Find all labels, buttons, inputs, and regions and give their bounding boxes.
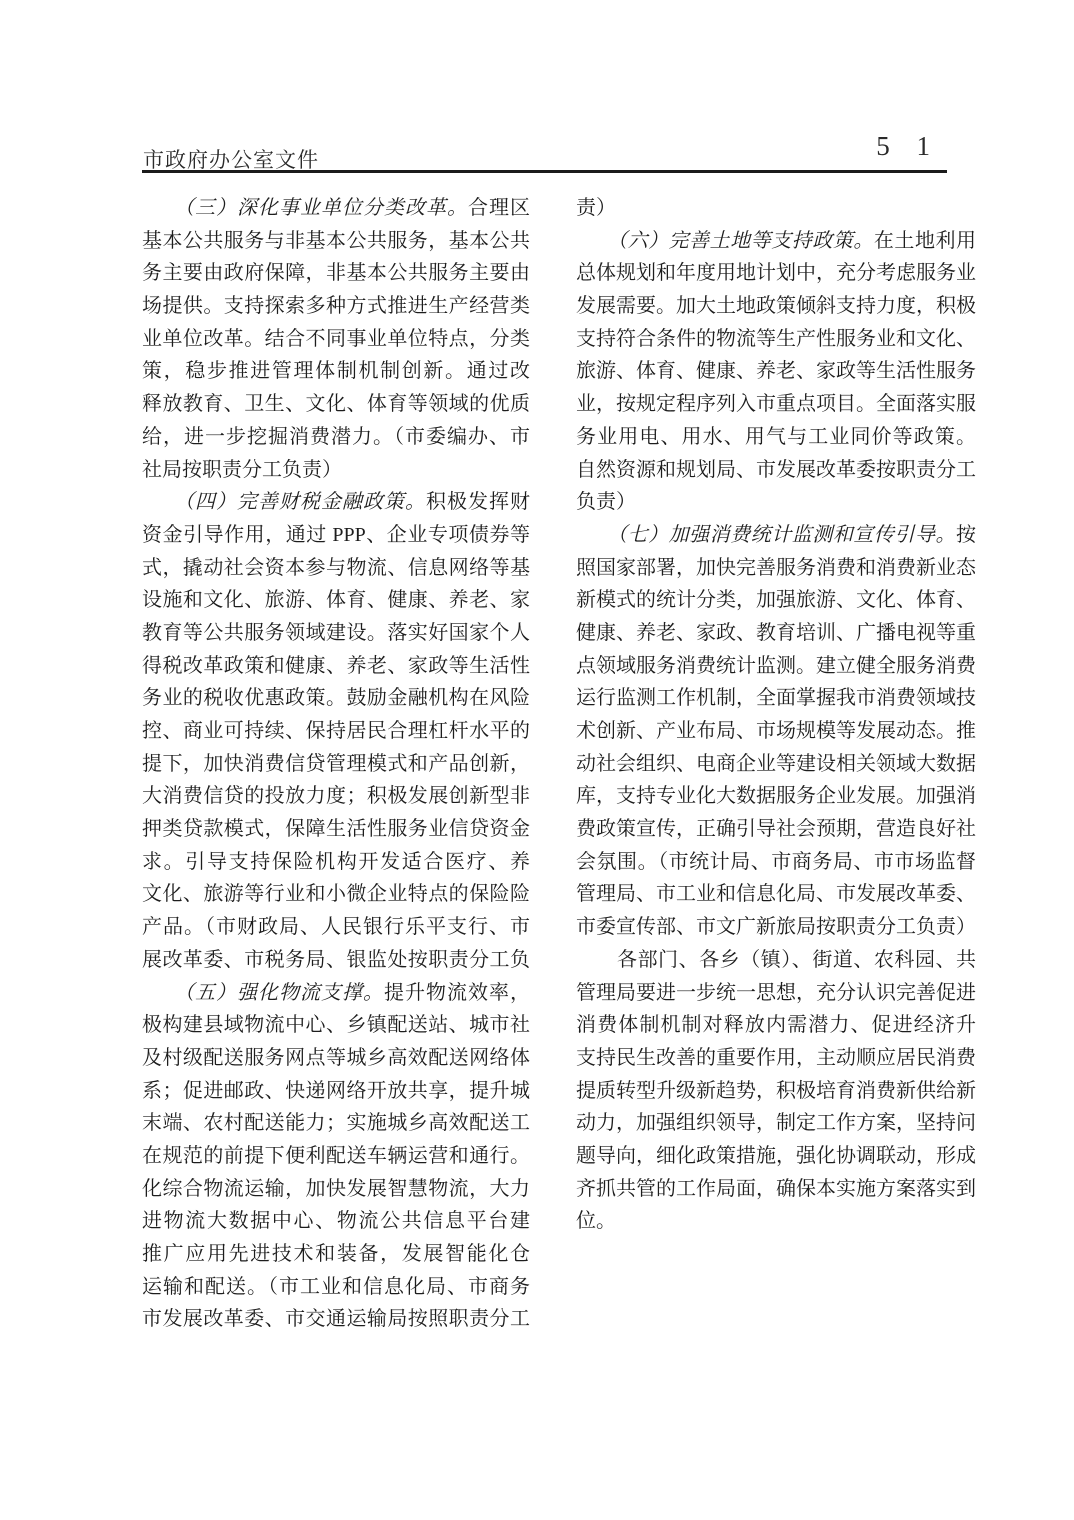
body-text-run: 推广应用先进技术和装备，发展智能化仓储、 (142, 1243, 530, 1271)
text-line: 动力，加强组织领导，制定工作方案，坚持问 (576, 1107, 976, 1140)
body-text-run: 支持民生改善的重要作用，主动顺应居民消费 (576, 1047, 976, 1069)
text-line: 市发展改革委、市交通运输局按照职责分工负 (142, 1303, 530, 1336)
body-text-run: 自然资源和规划局、市发展改革委按职责分工 (576, 459, 976, 481)
text-line: 系；促进邮政、快递网络开放共享，提升城市 (142, 1075, 530, 1108)
text-line: 费政策宣传，正确引导社会预期，营造良好社 (576, 813, 976, 846)
text-line: 自然资源和规划局、市发展改革委按职责分工 (576, 454, 976, 487)
document-page: 市政府办公室文件 5 1 （三）深化事业单位分类改革。合理区分基本公共服务与非基… (0, 0, 1074, 1520)
text-line: 及村级配送服务网点等城乡高效配送网络体 (142, 1042, 530, 1075)
text-line: 策，稳步推进管理体制机制创新。通过改革， (142, 355, 530, 388)
body-text-run: 大消费信贷的投放力度；积极发展创新型非抵 (142, 785, 530, 813)
text-line: 点领域服务消费统计监测。建立健全服务消费 (576, 650, 976, 683)
body-text-run: 给，进一步挖掘消费潜力。（市委编办、市人 (142, 426, 530, 454)
text-line: 基本公共服务与非基本公共服务，基本公共服 (142, 225, 530, 258)
body-text-run: 术创新、产业布局、市场规模等发展动态。推 (576, 720, 976, 742)
text-line: 控、商业可持续、保持居民合理杠杆水平的前 (142, 715, 530, 748)
text-line: 展改革委、市税务局、银监处按职责分工负责） (142, 944, 530, 977)
text-line: 产品。（市财政局、人民银行乐平支行、市发 (142, 911, 530, 944)
text-line: 业，按规定程序列入市重点项目。全面落实服 (576, 388, 976, 421)
body-text-run: 进物流大数据中心、物流公共信息平台建设， (142, 1210, 530, 1238)
text-line: 大消费信贷的投放力度；积极发展创新型非抵 (142, 780, 530, 813)
header-rule (142, 170, 947, 173)
body-text-run: 管理局、市工业和信息化局、市发展改革委、 (576, 883, 976, 905)
text-line: 各部门、各乡（镇）、街道、农科园、共库 (576, 944, 976, 977)
body-text-run: 市发展改革委、市交通运输局按照职责分工负 (142, 1308, 530, 1336)
body-text-run: 化综合物流运输，加快发展智慧物流，大力推 (142, 1178, 530, 1206)
body-text-run: 设施和文化、旅游、体育、健康、养老、家政、 (142, 589, 530, 617)
body-text-run: 新模式的统计分类，加强旅游、文化、体育、 (576, 589, 976, 611)
body-text-run: 控、商业可持续、保持居民合理杠杆水平的前 (142, 720, 530, 748)
section-heading-run: （五）强化物流支撑。 (142, 982, 384, 1004)
body-text-run: 市委宣传部、市文广新旅局按职责分工负责） (576, 916, 976, 938)
text-line: 健康、养老、家政、教育培训、广播电视等重 (576, 617, 976, 650)
body-text-run: 释放教育、卫生、文化、体育等领域的优质供 (142, 393, 530, 421)
text-line: 负责） (576, 486, 976, 519)
text-line: 支持民生改善的重要作用，主动顺应居民消费 (576, 1042, 976, 1075)
text-line: 文化、旅游等行业和小微企业特点的保险险种 (142, 878, 530, 911)
text-line: 资金引导作用，通过 PPP、企业专项债券等方 (142, 519, 530, 552)
body-text-run: 健康、养老、家政、教育培训、广播电视等重 (576, 622, 976, 644)
text-line: 社局按职责分工负责） (142, 454, 530, 487)
section-heading-run: （七）加强消费统计监测和宣传引导。 (576, 524, 956, 546)
text-line: 支持符合条件的物流等生产性服务业和文化、 (576, 323, 976, 356)
body-text-run: 会氛围。（市统计局、市商务局、市市场监督 (576, 851, 976, 873)
body-text-run: 务业的税收优惠政策。鼓励金融机构在风险可 (142, 687, 530, 715)
section-heading-run: （三）深化事业单位分类改革。 (142, 197, 468, 219)
body-text-run: 策，稳步推进管理体制机制创新。通过改革， (142, 360, 530, 388)
body-text-run: 社局按职责分工负责） (142, 459, 342, 481)
text-line: 业单位改革。结合不同事业单位特点，分类施 (142, 323, 530, 356)
body-text-run: 教育等公共服务领域建设。落实好国家个人所 (142, 622, 530, 650)
text-line: 运行监测工作机制，全面掌握我市消费领域技 (576, 682, 976, 715)
body-text-run: 各部门、各乡（镇）、街道、农科园、共库 (576, 949, 976, 977)
text-line: 市委宣传部、市文广新旅局按职责分工负责） (576, 911, 976, 944)
text-line: （三）深化事业单位分类改革。合理区分 (142, 192, 530, 225)
body-text-run: 业，按规定程序列入市重点项目。全面落实服 (576, 393, 976, 415)
text-line: 得税改革政策和健康、养老、家政等生活性服 (142, 650, 530, 683)
body-text-run: 资金引导作用，通过 PPP、企业专项债券等方 (142, 524, 530, 552)
text-line: 责） (576, 192, 976, 225)
body-text-run: 总体规划和年度用地计划中，充分考虑服务业 (576, 262, 976, 284)
text-line: 务主要由政府保障，非基本公共服务主要由市 (142, 257, 530, 290)
body-text-run: 动力，加强组织领导，制定工作方案，坚持问 (576, 1112, 976, 1134)
text-line: 提质转型升级新趋势，积极培育消费新供给新 (576, 1075, 976, 1108)
text-line: 管理局要进一步统一思想，充分认识完善促进 (576, 977, 976, 1010)
section-heading-run: （四）完善财税金融政策。 (142, 491, 426, 513)
text-line: 推广应用先进技术和装备，发展智能化仓储、 (142, 1238, 530, 1271)
text-line: 设施和文化、旅游、体育、健康、养老、家政、 (142, 584, 530, 617)
text-line: 提下，加快消费信贷管理模式和产品创新，加 (142, 748, 530, 781)
body-text-run: 管理局要进一步统一思想，充分认识完善促进 (576, 982, 976, 1004)
text-line: 进物流大数据中心、物流公共信息平台建设， (142, 1205, 530, 1238)
body-text-run: 及村级配送服务网点等城乡高效配送网络体 (142, 1047, 530, 1069)
body-text-run: 在规范的前提下便利配送车辆运营和通行。优 (142, 1145, 530, 1173)
body-text-run: 发展需要。加大土地政策倾斜支持力度，积极 (576, 295, 976, 317)
text-line: 旅游、体育、健康、养老、家政等生活性服务 (576, 355, 976, 388)
text-line: （四）完善财税金融政策。积极发挥财政 (142, 486, 530, 519)
body-text-run: 支持符合条件的物流等生产性服务业和文化、 (576, 328, 976, 350)
text-line: （七）加强消费统计监测和宣传引导。按 (576, 519, 976, 552)
body-text-run: 末端、农村配送能力；实施城乡高效配送工程， (142, 1112, 530, 1140)
text-line: 在规范的前提下便利配送车辆运营和通行。优 (142, 1140, 530, 1173)
body-text-run: 押类贷款模式，保障生活性服务业信贷资金需 (142, 818, 530, 846)
page-number: 5 1 (876, 131, 940, 162)
text-line: 给，进一步挖掘消费潜力。（市委编办、市人 (142, 421, 530, 454)
text-line: 务业用电、用水、用气与工业同价等政策。（市 (576, 421, 976, 454)
text-line: 题导向，细化政策措施，强化协调联动，形成 (576, 1140, 976, 1173)
body-text-run: 负责） (576, 491, 636, 513)
body-text-run: 产品。（市财政局、人民银行乐平支行、市发 (142, 916, 530, 944)
body-text-run: 题导向，细化政策措施，强化协调联动，形成 (576, 1145, 976, 1167)
text-line: 位。 (576, 1205, 976, 1238)
body-text-run: 求。引导支持保险机构开发适合医疗、养老、 (142, 851, 530, 879)
body-text-run: 运输和配送。（市工业和信息化局、市商务局、 (142, 1276, 530, 1304)
text-line: 教育等公共服务领域建设。落实好国家个人所 (142, 617, 530, 650)
text-line: 末端、农村配送能力；实施城乡高效配送工程， (142, 1107, 530, 1140)
left-text-column: （三）深化事业单位分类改革。合理区分基本公共服务与非基本公共服务，基本公共服务主… (142, 192, 530, 1336)
text-line: 释放教育、卫生、文化、体育等领域的优质供 (142, 388, 530, 421)
body-text-run: 按 (956, 524, 976, 546)
body-text-run: 展改革委、市税务局、银监处按职责分工负责） (142, 949, 530, 977)
body-text-run: 动社会组织、电商企业等建设相关领域大数据 (576, 753, 976, 775)
body-text-run: 提质转型升级新趋势，积极培育消费新供给新 (576, 1080, 976, 1102)
section-heading-run: （六）完善土地等支持政策。 (576, 230, 874, 252)
body-text-run: 点领域服务消费统计监测。建立健全服务消费 (576, 655, 976, 677)
body-text-run: 式，撬动社会资本参与物流、信息网络等基础 (142, 557, 530, 585)
text-line: 式，撬动社会资本参与物流、信息网络等基础 (142, 552, 530, 585)
body-text-run: 系；促进邮政、快递网络开放共享，提升城市 (142, 1080, 530, 1108)
text-line: 场提供。支持探索多种方式推进生产经营类事 (142, 290, 530, 323)
body-text-run: 文化、旅游等行业和小微企业特点的保险险种 (142, 883, 530, 911)
body-text-run: 齐抓共管的工作局面，确保本实施方案落实到 (576, 1178, 976, 1200)
text-line: 发展需要。加大土地政策倾斜支持力度，积极 (576, 290, 976, 323)
text-line: （六）完善土地等支持政策。在土地利用 (576, 225, 976, 258)
text-line: （五）强化物流支撑。提升物流效率，积 (142, 977, 530, 1010)
body-text-run: 基本公共服务与非基本公共服务，基本公共服 (142, 230, 530, 258)
text-line: 极构建县域物流中心、乡镇配送站、城市社区 (142, 1009, 530, 1042)
text-line: 照国家部署，加快完善服务消费和消费新业态 (576, 552, 976, 585)
body-text-run: 消费体制机制对释放内需潜力、促进经济升级、 (576, 1014, 976, 1042)
body-text-run: 照国家部署，加快完善服务消费和消费新业态 (576, 557, 976, 579)
text-line: 押类贷款模式，保障生活性服务业信贷资金需 (142, 813, 530, 846)
body-text-run: 在土地利用 (874, 230, 976, 252)
text-line: 总体规划和年度用地计划中，充分考虑服务业 (576, 257, 976, 290)
text-line: 术创新、产业布局、市场规模等发展动态。推 (576, 715, 976, 748)
text-line: 务业的税收优惠政策。鼓励金融机构在风险可 (142, 682, 530, 715)
body-text-run: 提下，加快消费信贷管理模式和产品创新，加 (142, 753, 530, 781)
text-line: 库，支持专业化大数据服务企业发展。加强消 (576, 780, 976, 813)
right-text-column: 责） （六）完善土地等支持政策。在土地利用总体规划和年度用地计划中，充分考虑服务… (576, 192, 976, 1238)
body-text-run: 得税改革政策和健康、养老、家政等生活性服 (142, 655, 530, 683)
body-text-run: 库，支持专业化大数据服务企业发展。加强消 (576, 785, 976, 807)
body-text-run: 旅游、体育、健康、养老、家政等生活性服务 (576, 360, 976, 382)
text-line: 消费体制机制对释放内需潜力、促进经济升级、 (576, 1009, 976, 1042)
body-text-run: 极构建县域物流中心、乡镇配送站、城市社区 (142, 1014, 530, 1042)
body-text-run: 责） (576, 197, 616, 219)
body-text-run: 务主要由政府保障，非基本公共服务主要由市 (142, 262, 530, 290)
body-text-run: 运行监测工作机制，全面掌握我市消费领域技 (576, 687, 976, 709)
body-text-run: 务业用电、用水、用气与工业同价等政策。（市 (576, 426, 976, 454)
body-text-run: 场提供。支持探索多种方式推进生产经营类事 (142, 295, 530, 323)
body-text-run: 位。 (576, 1210, 616, 1232)
text-line: 化综合物流运输，加快发展智慧物流，大力推 (142, 1173, 530, 1206)
text-line: 新模式的统计分类，加强旅游、文化、体育、 (576, 584, 976, 617)
text-line: 运输和配送。（市工业和信息化局、市商务局、 (142, 1271, 530, 1304)
body-text-run: 业单位改革。结合不同事业单位特点，分类施 (142, 328, 530, 356)
text-line: 求。引导支持保险机构开发适合医疗、养老、 (142, 846, 530, 879)
text-line: 动社会组织、电商企业等建设相关领域大数据 (576, 748, 976, 781)
text-line: 齐抓共管的工作局面，确保本实施方案落实到 (576, 1173, 976, 1206)
text-line: 管理局、市工业和信息化局、市发展改革委、 (576, 878, 976, 911)
body-text-run: 费政策宣传，正确引导社会预期，营造良好社 (576, 818, 976, 840)
text-line: 会氛围。（市统计局、市商务局、市市场监督 (576, 846, 976, 879)
